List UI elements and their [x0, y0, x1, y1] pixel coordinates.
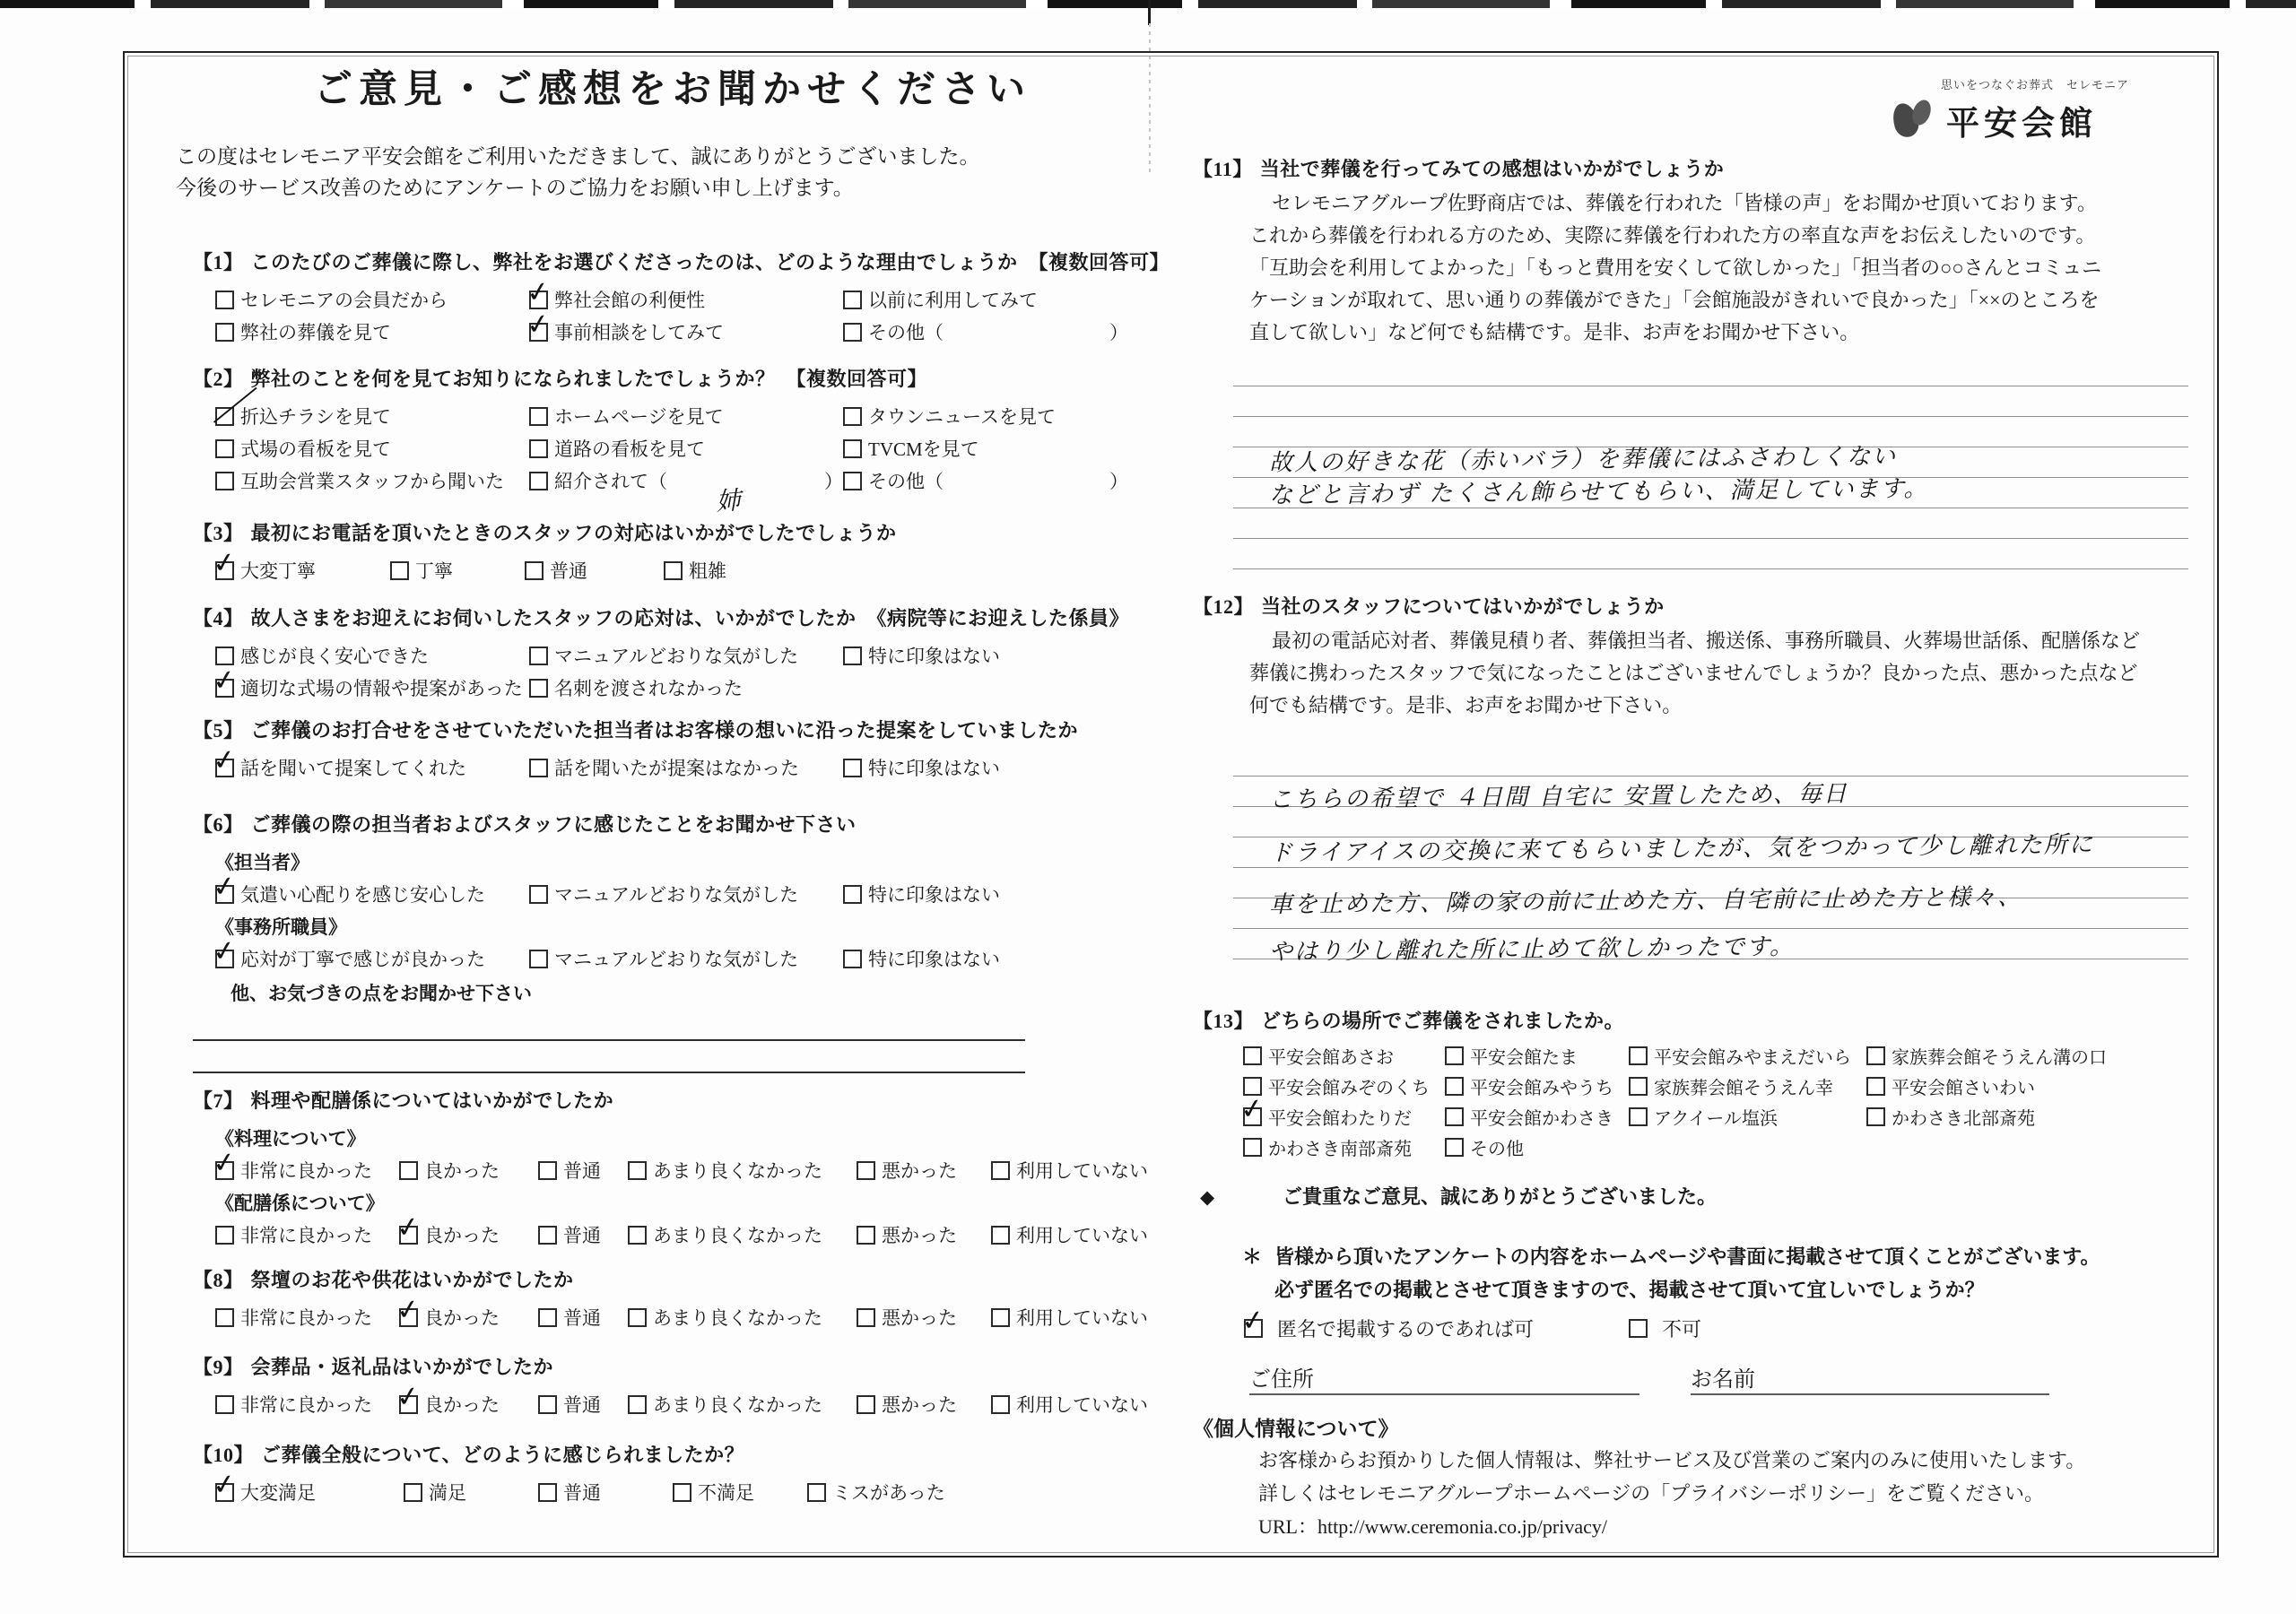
option-label: 利用していない — [1016, 1221, 1148, 1248]
survey-option: 不満足 — [673, 1479, 807, 1506]
question-q8: 【8】祭壇のお花や供花はいかがでしたか非常に良かった✓良かった普通あまり良くなか… — [193, 1265, 1152, 1333]
survey-option: その他（） — [843, 318, 1128, 345]
option-label: 平安会館わたりだ — [1268, 1104, 1412, 1130]
checkbox[interactable] — [1629, 1319, 1648, 1338]
option-label: 平安会館みやまえだいら — [1654, 1043, 1851, 1069]
option-label: あまり良くなかった — [653, 1221, 822, 1248]
survey-option: ／折込チラシを見て — [215, 403, 529, 430]
checkbox[interactable] — [843, 291, 862, 309]
option-row: ／折込チラシを見てホームページを見てタウンニュースを見て — [193, 400, 1152, 432]
checkbox[interactable] — [529, 950, 548, 968]
option-label: 普通 — [563, 1479, 601, 1506]
survey-option: 平安会館あさお — [1243, 1043, 1445, 1069]
option-label: 丁寧 — [415, 557, 453, 584]
survey-option: ミスがあった — [807, 1479, 945, 1506]
diamond-bullet-icon: ◆ — [1200, 1185, 1283, 1209]
question-number: 【1】 — [193, 251, 244, 273]
handwritten-checkmark: ／ — [212, 383, 259, 430]
checkbox[interactable] — [857, 1226, 875, 1245]
question-title: 【7】料理や配膳係についてはいかがでしたか — [193, 1086, 1152, 1122]
survey-option: ✓適切な式場の情報や提案があった — [215, 674, 529, 701]
option-label: 利用していない — [1016, 1157, 1148, 1184]
checkbox[interactable] — [628, 1395, 647, 1414]
option-row: ✓応対が丁寧で感じが良かったマニュアルどおりな気がした特に印象はない — [193, 942, 1152, 975]
survey-option: 道路の看板を見て — [529, 435, 843, 462]
question-number: 【13】 — [1193, 1010, 1254, 1032]
question-text: 料理や配膳係についてはいかがでしたか — [251, 1089, 614, 1112]
handwritten-answer: などと言わず たくさん飾らせてもらい、満足しています。 — [1269, 470, 1929, 510]
checkbox[interactable] — [843, 439, 862, 458]
checkbox[interactable] — [857, 1161, 875, 1180]
option-label: 特に印象はない — [868, 642, 1000, 669]
option-row: ✓大変満足満足普通不満足ミスがあった — [193, 1476, 1152, 1508]
question-q1: 【1】このたびのご葬儀に際し、弊社をお選びくださったのは、どのような理由でしょう… — [193, 247, 1152, 348]
survey-option: 利用していない — [991, 1304, 1148, 1331]
survey-option: 感じが良く安心できた — [215, 642, 529, 669]
survey-option: 非常に良かった — [215, 1304, 399, 1331]
option-row: 平安会館あさお平安会館たま平安会館みやまえだいら家族葬会館そうえん溝の口 — [1193, 1040, 2199, 1071]
question-q12: 【12】当社のスタッフについてはいかがでしょうか 最初の電話応対者、葬儀見積り者… — [1193, 592, 2199, 723]
checkbox[interactable] — [628, 1226, 647, 1245]
option-label: 悪かった — [882, 1221, 957, 1248]
checkbox[interactable] — [1629, 1077, 1648, 1096]
checkbox[interactable] — [1445, 1046, 1464, 1065]
checkbox[interactable] — [843, 759, 862, 777]
option-label: 不満足 — [698, 1479, 754, 1506]
survey-option: あまり良くなかった — [628, 1157, 857, 1184]
option-label: タウンニュースを見て — [868, 403, 1056, 430]
option-label: 平安会館あさお — [1268, 1043, 1394, 1069]
survey-option: ✓事前相談をしてみて — [529, 318, 843, 345]
question-title: 【2】弊社のことを何を見てお知りになられましたでしょうか？【複数回答可】 — [193, 364, 1152, 400]
survey-option: 普通 — [538, 1221, 628, 1248]
survey-option: 悪かった — [857, 1221, 991, 1248]
option-row: ✓非常に良かった良かった普通あまり良くなかった悪かった利用していない — [193, 1154, 1152, 1186]
question-note: 【複数回答可】 — [787, 368, 928, 390]
checkbox[interactable] — [529, 407, 548, 426]
option-label: かわさき北部斎苑 — [1892, 1104, 2035, 1130]
option-label: 平安会館みぞのくち — [1268, 1073, 1430, 1099]
question-number: 【6】 — [193, 813, 244, 836]
checkbox[interactable] — [843, 646, 862, 665]
checkbox[interactable]: ✓ — [215, 561, 234, 580]
answer-line[interactable] — [1233, 508, 2188, 539]
option-label: 良かった — [424, 1391, 500, 1418]
survey-option: 特に印象はない — [843, 642, 1000, 669]
checkbox[interactable]: ✓ — [529, 291, 548, 309]
survey-option: ✓応対が丁寧で感じが良かった — [215, 945, 529, 972]
page-title: ご意見・ご感想をお聞かせください — [314, 59, 1031, 114]
answer-line[interactable] — [1233, 746, 2188, 777]
option-label: 平安会館たま — [1470, 1043, 1578, 1069]
survey-option: あまり良くなかった — [628, 1304, 857, 1331]
answer-line[interactable] — [1233, 386, 2188, 417]
option-label: その他（ — [868, 467, 944, 494]
write-in-line[interactable] — [193, 1009, 1025, 1041]
option-label: 普通 — [563, 1304, 601, 1331]
checkbox[interactable] — [1243, 1046, 1262, 1065]
option-label: 話を聞いたが提案はなかった — [554, 754, 799, 781]
option-label: その他 — [1470, 1134, 1524, 1160]
survey-option: 平安会館みやうち — [1445, 1073, 1629, 1099]
option-row: ✓話を聞いて提案してくれた話を聞いたが提案はなかった特に印象はない — [193, 751, 1152, 784]
survey-option: 悪かった — [857, 1157, 991, 1184]
question-q3: 【3】最初にお電話を頂いたときのスタッフの対応はいかがでしたでしょうか✓大変丁寧… — [193, 518, 1152, 586]
checkbox[interactable] — [673, 1483, 691, 1502]
question-title: 【11】当社で葬儀を行ってみての感想はいかがでしょうか — [1193, 154, 2199, 188]
checkbox[interactable] — [1445, 1107, 1464, 1126]
checkbox[interactable]: ✓ — [215, 1483, 234, 1502]
question-description: 葬儀に携わったスタッフで気になったことはございませんでしょうか？良かった点、悪か… — [1193, 658, 2199, 690]
survey-option: 普通 — [538, 1479, 673, 1506]
option-label: マニュアルどおりな気がした — [554, 945, 798, 972]
write-in-line[interactable] — [193, 1041, 1025, 1073]
option-label: 普通 — [550, 557, 587, 584]
option-group-header: 《担当者》 — [193, 846, 1152, 878]
survey-option: 平安会館みやまえだいら — [1629, 1043, 1866, 1069]
survey-option: ✓非常に良かった — [215, 1157, 399, 1184]
checkbox[interactable] — [529, 885, 548, 904]
survey-option: ✓良かった — [399, 1304, 538, 1331]
survey-option: 平安会館かわさき — [1445, 1104, 1629, 1130]
option-label: 利用していない — [1016, 1304, 1148, 1331]
checkbox[interactable] — [538, 1226, 557, 1245]
checkbox[interactable]: ✓ — [215, 1161, 234, 1180]
checkbox[interactable] — [843, 950, 862, 968]
survey-option: 利用していない — [991, 1157, 1148, 1184]
checkbox[interactable] — [1866, 1077, 1885, 1096]
question-number: 【5】 — [193, 719, 244, 742]
survey-option: 名刺を渡されなかった — [529, 674, 843, 701]
checkbox[interactable] — [529, 472, 548, 490]
survey-option: かわさき南部斎苑 — [1243, 1134, 1445, 1160]
checkbox[interactable] — [1445, 1138, 1464, 1157]
checkbox[interactable]: ／ — [215, 407, 234, 426]
survey-option: 平安会館さいわい — [1866, 1073, 2035, 1099]
option-label: 匿名で掲載するのであれば可 — [1277, 1315, 1552, 1342]
survey-option: アクイール塩浜 — [1629, 1104, 1866, 1130]
checkbox[interactable] — [390, 561, 409, 580]
option-label: 非常に良かった — [240, 1157, 372, 1184]
checkbox[interactable] — [991, 1395, 1010, 1414]
option-label: 特に印象はない — [868, 754, 1000, 781]
question-text: 祭壇のお花や供花はいかがでしたか — [251, 1269, 574, 1291]
survey-option: タウンニュースを見て — [843, 403, 1056, 430]
checkbox[interactable] — [857, 1395, 875, 1414]
survey-option: ✓話を聞いて提案してくれた — [215, 754, 529, 781]
consent-line-2: 必ず匿名での掲載とさせて頂きますので、掲載させて頂いて宜しいでしょうか？ — [1193, 1275, 2100, 1308]
question-q6: 【6】ご葬儀の際の担当者およびスタッフに感じたことをお聞かせ下さい《担当者》✓気… — [193, 810, 1152, 1073]
question-title: 【12】当社のスタッフについてはいかがでしょうか — [1193, 592, 2199, 626]
checkbox[interactable] — [843, 885, 862, 904]
survey-option: 良かった — [399, 1157, 538, 1184]
checkbox[interactable]: ✓ — [1244, 1319, 1263, 1338]
question-text: どちらの場所でご葬儀をされましたか。 — [1261, 1010, 1624, 1032]
checkbox[interactable] — [215, 1395, 234, 1414]
survey-option: あまり良くなかった — [628, 1391, 857, 1418]
option-label: かわさき南部斎苑 — [1268, 1134, 1412, 1160]
question-title: 【13】どちらの場所でご葬儀をされましたか。 — [1193, 1006, 2199, 1040]
checkbox[interactable] — [215, 1226, 234, 1245]
question-q4: 【4】故人さまをお迎えにお伺いしたスタッフの応対は、いかがでしたか《病院等にお迎… — [193, 603, 1152, 704]
checkbox[interactable] — [215, 646, 234, 665]
question-q10: 【10】ご葬儀全般について、どのように感じられましたか？✓大変満足満足普通不満足… — [193, 1440, 1152, 1508]
question-text: ご葬儀のお打合せをさせていただいた担当者はお客様の想いに沿った提案をしていました… — [251, 719, 1079, 742]
survey-option: 式場の看板を見て — [215, 435, 529, 462]
option-label: 不可 — [1662, 1315, 1701, 1342]
checkbox[interactable] — [529, 679, 548, 698]
logo-tagline: 思いをつなぐお葬式 セレモニア — [1891, 75, 2196, 92]
survey-option: 普通 — [525, 557, 664, 584]
survey-option: ✓弊社会館の利便性 — [529, 286, 843, 313]
write-in-space[interactable] — [667, 472, 824, 490]
checkbox[interactable]: ✓ — [399, 1395, 418, 1414]
survey-option: 特に印象はない — [843, 881, 1000, 907]
ginkgo-leaf-icon — [1891, 95, 1937, 145]
survey-option: 満足 — [404, 1479, 538, 1506]
checkbox[interactable] — [215, 472, 234, 490]
option-label: 感じが良く安心できた — [240, 642, 429, 669]
survey-option: 普通 — [538, 1157, 628, 1184]
option-label: 大変丁寧 — [240, 557, 316, 584]
question-description: 直して欲しい」など何でも結構です。是非、お声をお聞かせ下さい。 — [1193, 317, 2199, 350]
question-number: 【3】 — [193, 522, 244, 544]
privacy-line-2: 詳しくはセレモニアグループホームページの「プライバシーポリシー」をご覧ください。 — [1193, 1479, 2085, 1512]
question-text: ご葬儀全般について、どのように感じられましたか？ — [261, 1444, 744, 1466]
checkbox[interactable]: ✓ — [215, 950, 234, 968]
option-label: TVCMを見て — [868, 435, 979, 462]
checkbox[interactable] — [857, 1308, 875, 1327]
survey-option: 利用していない — [991, 1391, 1148, 1418]
checkbox[interactable] — [399, 1161, 418, 1180]
survey-option: かわさき北部斎苑 — [1866, 1104, 2035, 1130]
option-label-close: ） — [824, 467, 843, 494]
checkbox[interactable]: ✓ — [399, 1226, 418, 1245]
contact-fields: ご住所 お名前 — [1193, 1361, 2049, 1395]
checkbox[interactable] — [538, 1483, 557, 1502]
option-label: あまり良くなかった — [653, 1157, 822, 1184]
checkbox[interactable]: ✓ — [215, 679, 234, 698]
handwritten-checkmark: ✓ — [395, 1382, 422, 1412]
checkbox[interactable]: ✓ — [399, 1308, 418, 1327]
checkbox[interactable] — [404, 1483, 422, 1502]
option-row: 非常に良かった✓良かった普通あまり良くなかった悪かった利用していない — [193, 1219, 1152, 1251]
question-description: 「互助会を利用してよかった」「もっと費用を安くして欲しかった」「担当者の○○さん… — [1193, 253, 2199, 285]
option-label: 応対が丁寧で感じが良かった — [240, 945, 485, 972]
handwritten-checkmark: ✓ — [211, 665, 238, 696]
survey-option: 以前に利用してみて — [843, 286, 1038, 313]
consent-options: ✓ 匿名で掲載するのであれば可 不可 — [1193, 1315, 2100, 1342]
checkbox[interactable] — [843, 323, 862, 342]
checkbox[interactable] — [991, 1308, 1010, 1327]
option-row: かわさき南部斎苑その他 — [1193, 1132, 2199, 1162]
option-row: 非常に良かった✓良かった普通あまり良くなかった悪かった利用していない — [193, 1301, 1152, 1333]
checkbox[interactable] — [807, 1483, 826, 1502]
intro-line-2: 今後のサービス改善のためにアンケートのご協力をお願い申し上げます。 — [176, 172, 980, 204]
survey-option: TVCMを見て — [843, 435, 979, 462]
brand-name: 平安会館 — [1946, 96, 2097, 144]
checkbox[interactable] — [843, 472, 862, 490]
checkbox[interactable] — [538, 1308, 557, 1327]
option-label: 普通 — [563, 1221, 601, 1248]
checkbox[interactable] — [1866, 1046, 1885, 1065]
option-label: 悪かった — [882, 1304, 957, 1331]
handwritten-checkmark: ✓ — [395, 1212, 422, 1243]
option-label: 道路の看板を見て — [554, 435, 705, 462]
option-label: 平安会館みやうち — [1470, 1073, 1613, 1099]
write-in-space[interactable] — [944, 472, 1109, 490]
question-number: 【11】 — [1193, 158, 1253, 180]
checkbox[interactable] — [529, 439, 548, 458]
question-description: セレモニアグループ佐野商店では、葬儀を行われた「皆様の声」をお聞かせ頂いておりま… — [1193, 188, 2199, 221]
checkbox[interactable] — [529, 759, 548, 777]
question-number: 【8】 — [193, 1269, 244, 1291]
survey-option: セレモニアの会員だから — [215, 286, 529, 313]
question-number: 【4】 — [193, 607, 244, 629]
survey-option: 話を聞いたが提案はなかった — [529, 754, 843, 781]
question-title: 【10】ご葬儀全般について、どのように感じられましたか？ — [193, 1440, 1152, 1476]
option-label-close: ） — [1109, 467, 1128, 494]
checkbox[interactable] — [215, 439, 234, 458]
question-note: 《病院等にお迎えした係員》 — [867, 607, 1130, 629]
checkbox[interactable] — [538, 1395, 557, 1414]
option-label: 非常に良かった — [240, 1221, 372, 1248]
option-label: 適切な式場の情報や提案があった — [240, 674, 523, 701]
question-text: 故人さまをお迎えにお伺いしたスタッフの応対は、いかがでしたか — [251, 607, 857, 629]
handwritten-checkmark: ✓ — [211, 1470, 238, 1500]
option-label: 非常に良かった — [240, 1391, 372, 1418]
name-field[interactable]: お名前 — [1691, 1361, 2049, 1395]
address-field[interactable]: ご住所 — [1249, 1361, 1639, 1395]
checkbox[interactable] — [215, 1308, 234, 1327]
option-label: 名刺を渡されなかった — [554, 674, 743, 701]
option-label: 互助会営業スタッフから聞いた — [240, 467, 504, 494]
publication-consent: ＊皆様から頂いたアンケートの内容をホームページや書面に掲載させて頂くことがござい… — [1193, 1242, 2100, 1342]
survey-option: マニュアルどおりな気がした — [529, 945, 843, 972]
answer-area-q12: こちらの希望で ４日間 自宅に 安置したため、毎日ドライアイスの交換に来てもらい… — [1233, 746, 2188, 959]
handwritten-checkmark: ✓ — [525, 309, 552, 340]
option-row: セレモニアの会員だから✓弊社会館の利便性以前に利用してみて — [193, 283, 1152, 316]
option-label: 弊社会館の利便性 — [554, 286, 705, 313]
question-description: これから葬儀を行われる方のため、実際に葬儀を行われた方の率直な声をお伝えしたいの… — [1193, 221, 2199, 253]
question-number: 【9】 — [193, 1356, 244, 1378]
option-label: セレモニアの会員だから — [240, 286, 448, 313]
checkbox[interactable] — [538, 1161, 557, 1180]
question-title: 【5】ご葬儀のお打合せをさせていただいた担当者はお客様の想いに沿った提案をしてい… — [193, 716, 1152, 751]
answer-line[interactable] — [1233, 356, 2188, 386]
option-label: 平安会館さいわい — [1892, 1073, 2035, 1099]
answer-line[interactable] — [1233, 539, 2188, 569]
question-note: 【複数回答可】 — [1029, 251, 1170, 273]
option-label: マニュアルどおりな気がした — [554, 642, 798, 669]
question-text: ご葬儀の際の担当者およびスタッフに感じたことをお聞かせ下さい — [251, 813, 857, 836]
closing-text: ご貴重なご意見、誠にありがとうございました。 — [1283, 1185, 1717, 1208]
option-label: 大変満足 — [240, 1479, 316, 1506]
checkbox[interactable]: ✓ — [215, 885, 234, 904]
checkbox[interactable] — [529, 646, 548, 665]
checkbox[interactable]: ✓ — [1243, 1107, 1262, 1126]
question-text: 当社のスタッフについてはいかがでしょうか — [1261, 595, 1665, 618]
option-label: 普通 — [563, 1391, 601, 1418]
survey-option: 悪かった — [857, 1391, 991, 1418]
checkbox[interactable] — [215, 323, 234, 342]
checkbox[interactable] — [1243, 1138, 1262, 1157]
checkbox[interactable] — [1629, 1046, 1648, 1065]
option-group-header: 《料理について》 — [193, 1122, 1152, 1154]
checkbox[interactable] — [1445, 1077, 1464, 1096]
privacy-header: 《個人情報について》 — [1193, 1412, 2085, 1445]
question-q11: 【11】当社で葬儀を行ってみての感想はいかがでしょうか セレモニアグループ佐野商… — [1193, 154, 2199, 350]
company-logo: 思いをつなぐお葬式 セレモニア 平安会館 — [1891, 75, 2196, 145]
checkbox[interactable] — [991, 1226, 1010, 1245]
handwritten-checkmark: ✓ — [211, 548, 238, 578]
address-label: ご住所 — [1249, 1368, 1314, 1392]
question-q5: 【5】ご葬儀のお打合せをさせていただいた担当者はお客様の想いに沿った提案をしてい… — [193, 716, 1152, 784]
option-label: 式場の看板を見て — [240, 435, 391, 462]
option-label: ホームページを見て — [554, 403, 724, 430]
handwritten-checkmark: ✓ — [211, 1148, 238, 1178]
option-label: 家族葬会館そうえん溝の口 — [1892, 1043, 2107, 1069]
question-number: 【7】 — [193, 1089, 244, 1112]
survey-option: ✓良かった — [399, 1221, 538, 1248]
handwritten-checkmark: ✓ — [525, 277, 552, 308]
survey-option: その他（） — [843, 467, 1128, 494]
handwritten-checkmark: ✓ — [211, 745, 238, 776]
checkbox[interactable]: ✓ — [529, 323, 548, 342]
question-title: 【3】最初にお電話を頂いたときのスタッフの対応はいかがでしたでしょうか — [193, 518, 1152, 554]
question-q13: 【13】どちらの場所でご葬儀をされましたか。 平安会館あさお平安会館たま平安会館… — [1193, 1006, 2199, 1162]
checkbox[interactable] — [628, 1161, 647, 1180]
question-text: 最初にお電話を頂いたときのスタッフの対応はいかがでしたでしょうか — [251, 522, 897, 544]
survey-option: 平安会館みぞのくち — [1243, 1073, 1445, 1099]
survey-option: 粗雑 — [664, 557, 726, 584]
survey-option: 丁寧 — [390, 557, 525, 584]
question-description: 最初の電話応対者、葬儀見積り者、葬儀担当者、搬送係、事務所職員、火葬場世話係、配… — [1193, 626, 2199, 658]
privacy-url: URL：http://www.ceremonia.co.jp/privacy/ — [1193, 1512, 2085, 1545]
option-row: 非常に良かった✓良かった普通あまり良くなかった悪かった利用していない — [193, 1388, 1152, 1420]
question-title: 【8】祭壇のお花や供花はいかがでしたか — [193, 1265, 1152, 1301]
checkbox[interactable] — [664, 561, 683, 580]
checkbox[interactable] — [628, 1308, 647, 1327]
option-label: 悪かった — [882, 1391, 957, 1418]
option-group-header: 《配膳係について》 — [193, 1186, 1152, 1219]
survey-option: 家族葬会館そうえん幸 — [1629, 1073, 1866, 1099]
option-label: マニュアルどおりな気がした — [554, 881, 798, 907]
checkbox[interactable] — [991, 1161, 1010, 1180]
privacy-section: 《個人情報について》 お客様からお預かりした個人情報は、弊社サービス及び営業のご… — [1193, 1412, 2085, 1545]
checkbox[interactable] — [843, 407, 862, 426]
option-label: 気遣い心配りを感じ安心した — [240, 881, 485, 907]
checkbox[interactable] — [525, 561, 544, 580]
name-label: お名前 — [1691, 1368, 1755, 1392]
checkbox[interactable] — [1629, 1107, 1648, 1126]
checkbox[interactable] — [1866, 1107, 1885, 1126]
question-q9: 【9】会葬品・返礼品はいかがでしたか非常に良かった✓良かった普通あまり良くなかっ… — [193, 1352, 1152, 1420]
option-row: ✓平安会館わたりだ平安会館かわさきアクイール塩浜かわさき北部斎苑 — [1193, 1101, 2199, 1132]
checkbox[interactable] — [215, 291, 234, 309]
handwritten-answer: やはり少し離れた所に止めて欲しかったです。 — [1269, 928, 1795, 967]
question-title: 【6】ご葬儀の際の担当者およびスタッフに感じたことをお聞かせ下さい — [193, 810, 1152, 846]
write-in-space[interactable] — [944, 323, 1109, 341]
option-label: 良かった — [424, 1221, 500, 1248]
option-row: 感じが良く安心できたマニュアルどおりな気がした特に印象はない — [193, 639, 1152, 672]
survey-option: ✓大変満足 — [215, 1479, 404, 1506]
checkbox[interactable]: ✓ — [215, 759, 234, 777]
handwritten-answer: こちらの希望で ４日間 自宅に 安置したため、毎日 — [1269, 776, 1848, 815]
question-title: 【1】このたびのご葬儀に際し、弊社をお選びくださったのは、どのような理由でしょう… — [193, 247, 1152, 283]
question-q2: 【2】弊社のことを何を見てお知りになられましたでしょうか？【複数回答可】／折込チ… — [193, 364, 1152, 497]
option-label: その他（ — [868, 318, 944, 345]
